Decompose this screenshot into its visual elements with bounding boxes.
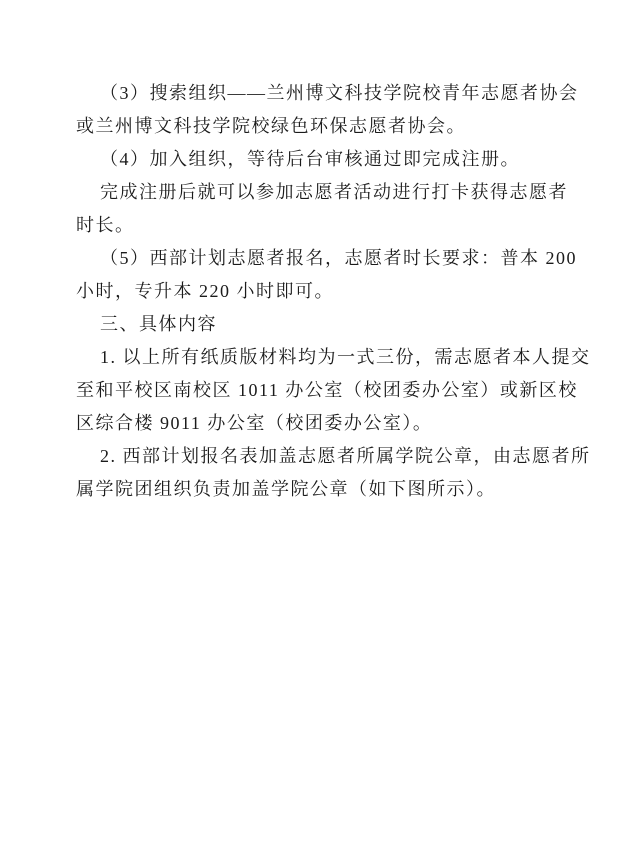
text-line: 至和平校区南校区 1011 办公室（校团委办公室）或新区校 xyxy=(76,374,570,407)
text-line: 三、具体内容 xyxy=(76,308,570,341)
document-page: （3）搜索组织——兰州博文科技学院校青年志愿者协会或兰州博文科技学院校绿色环保志… xyxy=(0,0,633,861)
text-line: 小时，专升本 220 小时即可。 xyxy=(76,275,570,308)
text-line: （5）西部计划志愿者报名，志愿者时长要求：普本 200 xyxy=(76,242,570,275)
text-line: 时长。 xyxy=(76,209,570,242)
text-line: （4）加入组织，等待后台审核通过即完成注册。 xyxy=(76,143,570,176)
text-line: 或兰州博文科技学院校绿色环保志愿者协会。 xyxy=(76,110,570,143)
document-body: （3）搜索组织——兰州博文科技学院校青年志愿者协会或兰州博文科技学院校绿色环保志… xyxy=(76,77,570,506)
text-line: （3）搜索组织——兰州博文科技学院校青年志愿者协会 xyxy=(76,77,570,110)
text-line: 1. 以上所有纸质版材料均为一式三份，需志愿者本人提交 xyxy=(76,341,570,374)
text-line: 完成注册后就可以参加志愿者活动进行打卡获得志愿者 xyxy=(76,176,570,209)
text-line: 区综合楼 9011 办公室（校团委办公室）。 xyxy=(76,407,570,440)
text-line: 属学院团组织负责加盖学院公章（如下图所示）。 xyxy=(76,473,570,506)
text-line: 2. 西部计划报名表加盖志愿者所属学院公章，由志愿者所 xyxy=(76,440,570,473)
